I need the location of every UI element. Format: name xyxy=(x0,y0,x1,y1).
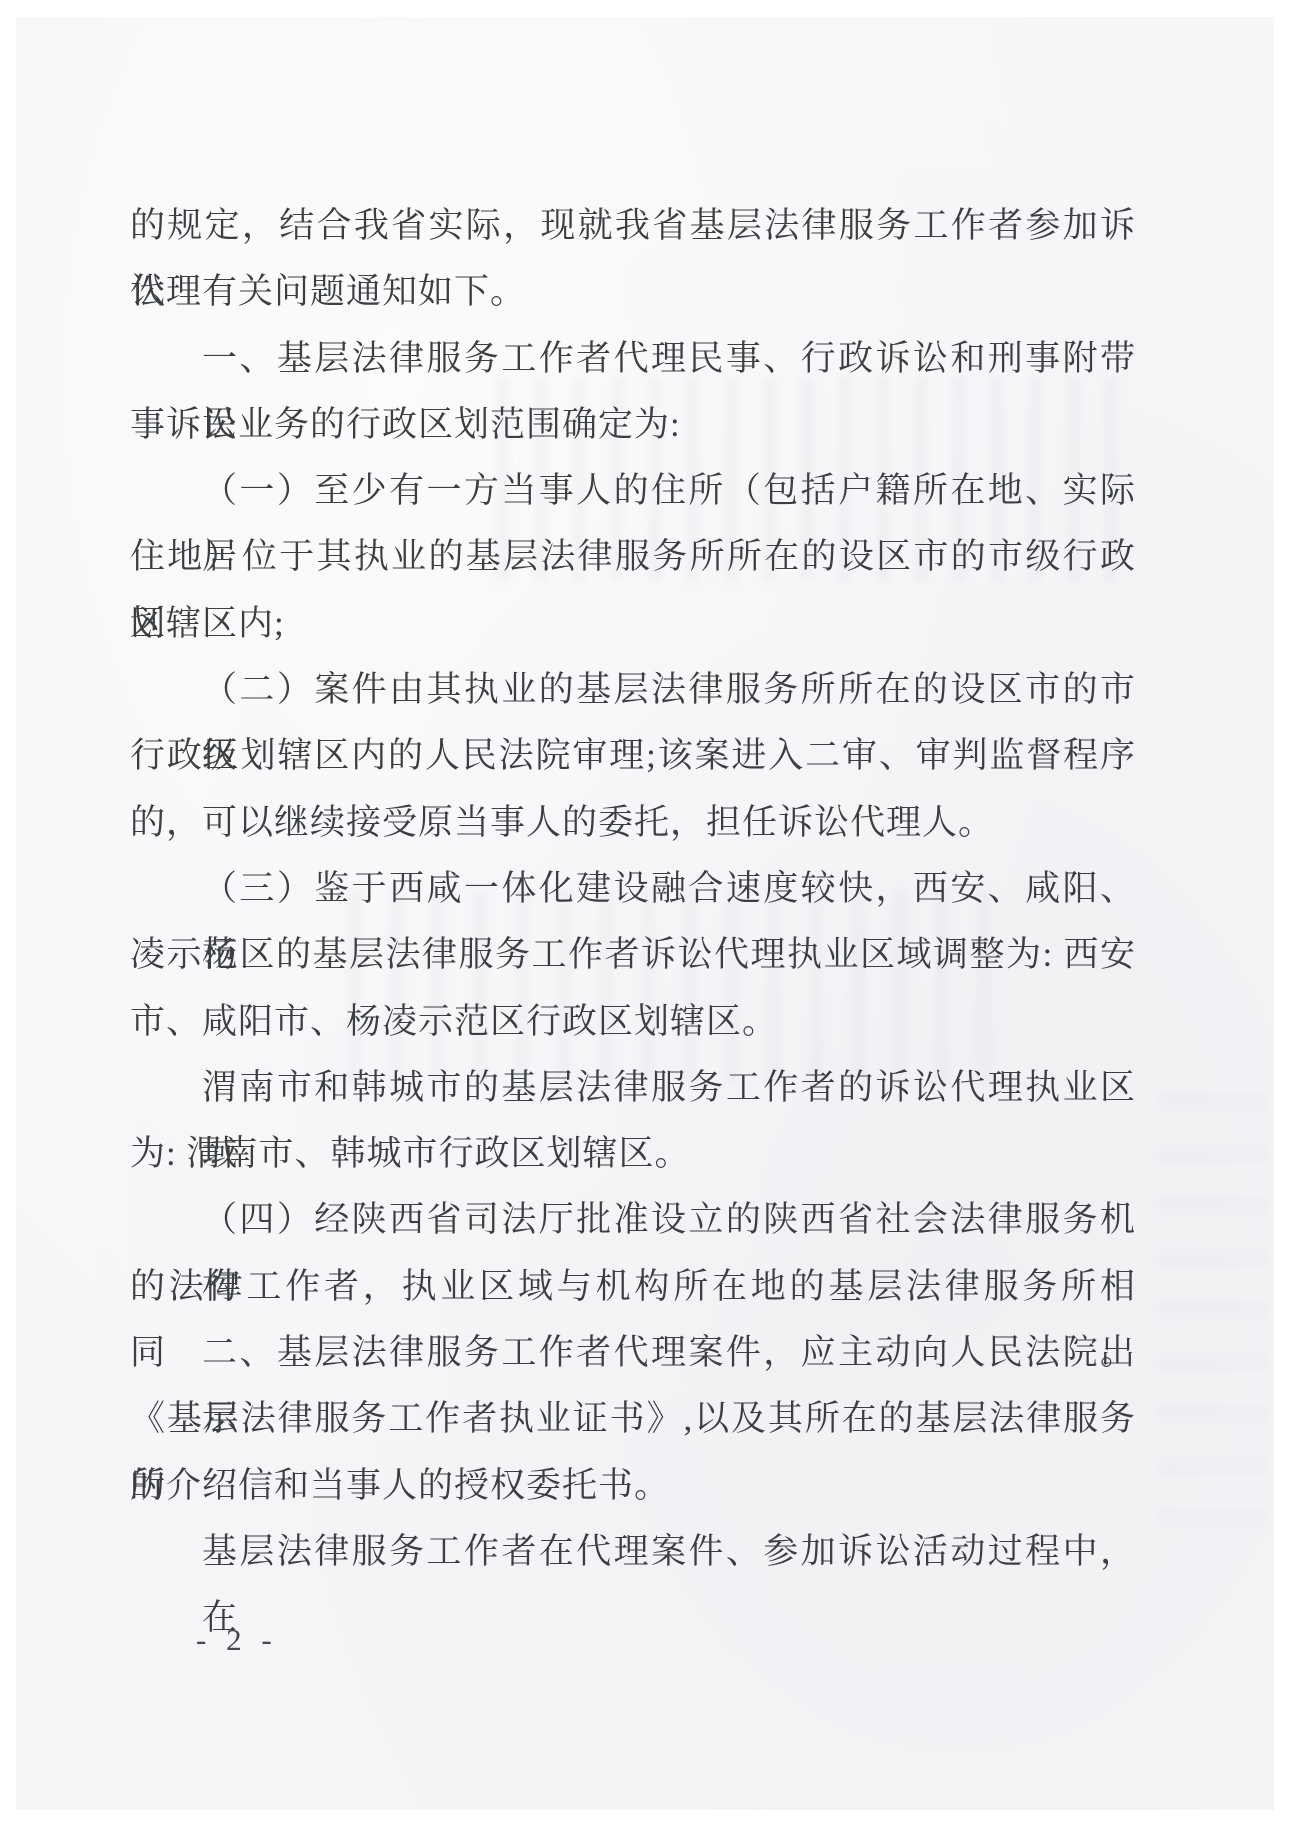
text-line: 划辖区内; xyxy=(130,591,1136,657)
text-line: 的法律工作者，执业区域与机构所在地的基层法律服务所相同。 xyxy=(130,1254,1136,1320)
text-line: （二）案件由其执业的基层法律服务所所在的设区市的市级 xyxy=(130,657,1136,723)
text-line: 凌示范区的基层法律服务工作者诉讼代理执业区域调整为: 西安 xyxy=(130,922,1136,988)
text-line: 的规定，结合我省实际，现就我省基层法律服务工作者参加诉讼 xyxy=(130,193,1136,259)
text-line: 基层法律服务工作者在代理案件、参加诉讼活动过程中，在 xyxy=(130,1519,1136,1585)
page-number: - 2 - xyxy=(196,1620,278,1660)
text-line: 市、咸阳市、杨凌示范区行政区划辖区。 xyxy=(130,989,1136,1055)
text-line: （四）经陕西省司法厅批准设立的陕西省社会法律服务机构 xyxy=(130,1187,1136,1253)
scanned-document-page: 的规定，结合我省实际，现就我省基层法律服务工作者参加诉讼 代理有关问题通知如下。… xyxy=(0,0,1290,1824)
text-line: 的介绍信和当事人的授权委托书。 xyxy=(130,1453,1136,1519)
text-line: （三）鉴于西咸一体化建设融合速度较快，西安、咸阳、杨 xyxy=(130,856,1136,922)
text-line: 代理有关问题通知如下。 xyxy=(130,259,1136,325)
text-line: 行政区划辖区内的人民法院审理;该案进入二审、审判监督程序 xyxy=(130,723,1136,789)
text-line: 《基层法律服务工作者执业证书》,以及其所在的基层法律服务所 xyxy=(130,1386,1136,1452)
text-line: 一、基层法律服务工作者代理民事、行政诉讼和刑事附带民 xyxy=(130,326,1136,392)
text-line: 二、基层法律服务工作者代理案件，应主动向人民法院出示 xyxy=(130,1320,1136,1386)
text-line: 为: 渭南市、韩城市行政区划辖区。 xyxy=(130,1121,1136,1187)
text-line: 的，可以继续接受原当事人的委托，担任诉讼代理人。 xyxy=(130,790,1136,856)
text-line: 渭南市和韩城市的基层法律服务工作者的诉讼代理执业区域 xyxy=(130,1055,1136,1121)
document-body: 的规定，结合我省实际，现就我省基层法律服务工作者参加诉讼 代理有关问题通知如下。… xyxy=(130,193,1136,1585)
text-line: 事诉讼业务的行政区划范围确定为: xyxy=(130,392,1136,458)
text-line: 住地）位于其执业的基层法律服务所所在的设区市的市级行政区 xyxy=(130,524,1136,590)
bleed-through-ghost xyxy=(1158,1057,1268,1527)
text-line: （一）至少有一方当事人的住所（包括户籍所在地、实际居 xyxy=(130,458,1136,524)
